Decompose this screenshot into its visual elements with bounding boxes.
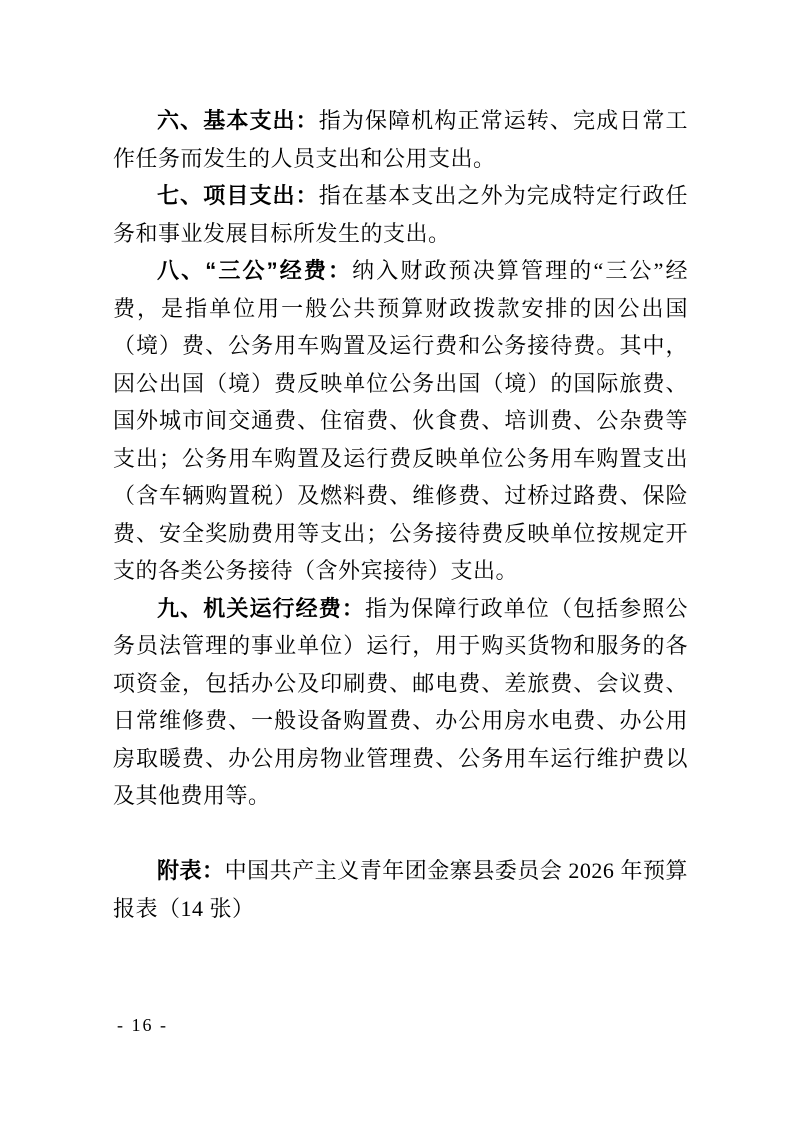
document-page: 六、基本支出：指为保障机构正常运转、完成日常工作任务而发生的人员支出和公用支出。… bbox=[0, 0, 793, 1122]
paragraph-label: 七、项目支出： bbox=[157, 183, 319, 208]
paragraph-text: 指为保障行政单位（包括参照公务员法管理的事业单位）运行，用于购买货物和服务的各项… bbox=[113, 596, 688, 809]
paragraph-label: 六、基本支出： bbox=[157, 108, 319, 133]
paragraph-label: 九、机关运行经费： bbox=[157, 596, 365, 621]
paragraph-8-three-public-funds: 八、“三公”经费：纳入财政预决算管理的“三公”经费，是指单位用一般公共预算财政拨… bbox=[113, 252, 688, 590]
paragraph-text: 纳入财政预决算管理的“三公”经费，是指单位用一般公共预算财政拨款安排的因公出国（… bbox=[113, 258, 688, 583]
paragraph-7-project-expenditure: 七、项目支出：指在基本支出之外为完成特定行政任务和事业发展目标所发生的支出。 bbox=[113, 177, 688, 252]
paragraph-label: 八、“三公”经费： bbox=[157, 258, 352, 283]
document-body: 六、基本支出：指为保障机构正常运转、完成日常工作任务而发生的人员支出和公用支出。… bbox=[113, 102, 688, 927]
page-number: - 16 - bbox=[117, 1015, 177, 1035]
paragraph-9-agency-operating-funds: 九、机关运行经费：指为保障行政单位（包括参照公务员法管理的事业单位）运行，用于购… bbox=[113, 590, 688, 815]
appendix-label: 附表： bbox=[157, 858, 225, 883]
appendix-note: 附表：中国共产主义青年团金寨县委员会 2026 年预算报表（14 张） bbox=[113, 852, 688, 927]
paragraph-6-basic-expenditure: 六、基本支出：指为保障机构正常运转、完成日常工作任务而发生的人员支出和公用支出。 bbox=[113, 102, 688, 177]
